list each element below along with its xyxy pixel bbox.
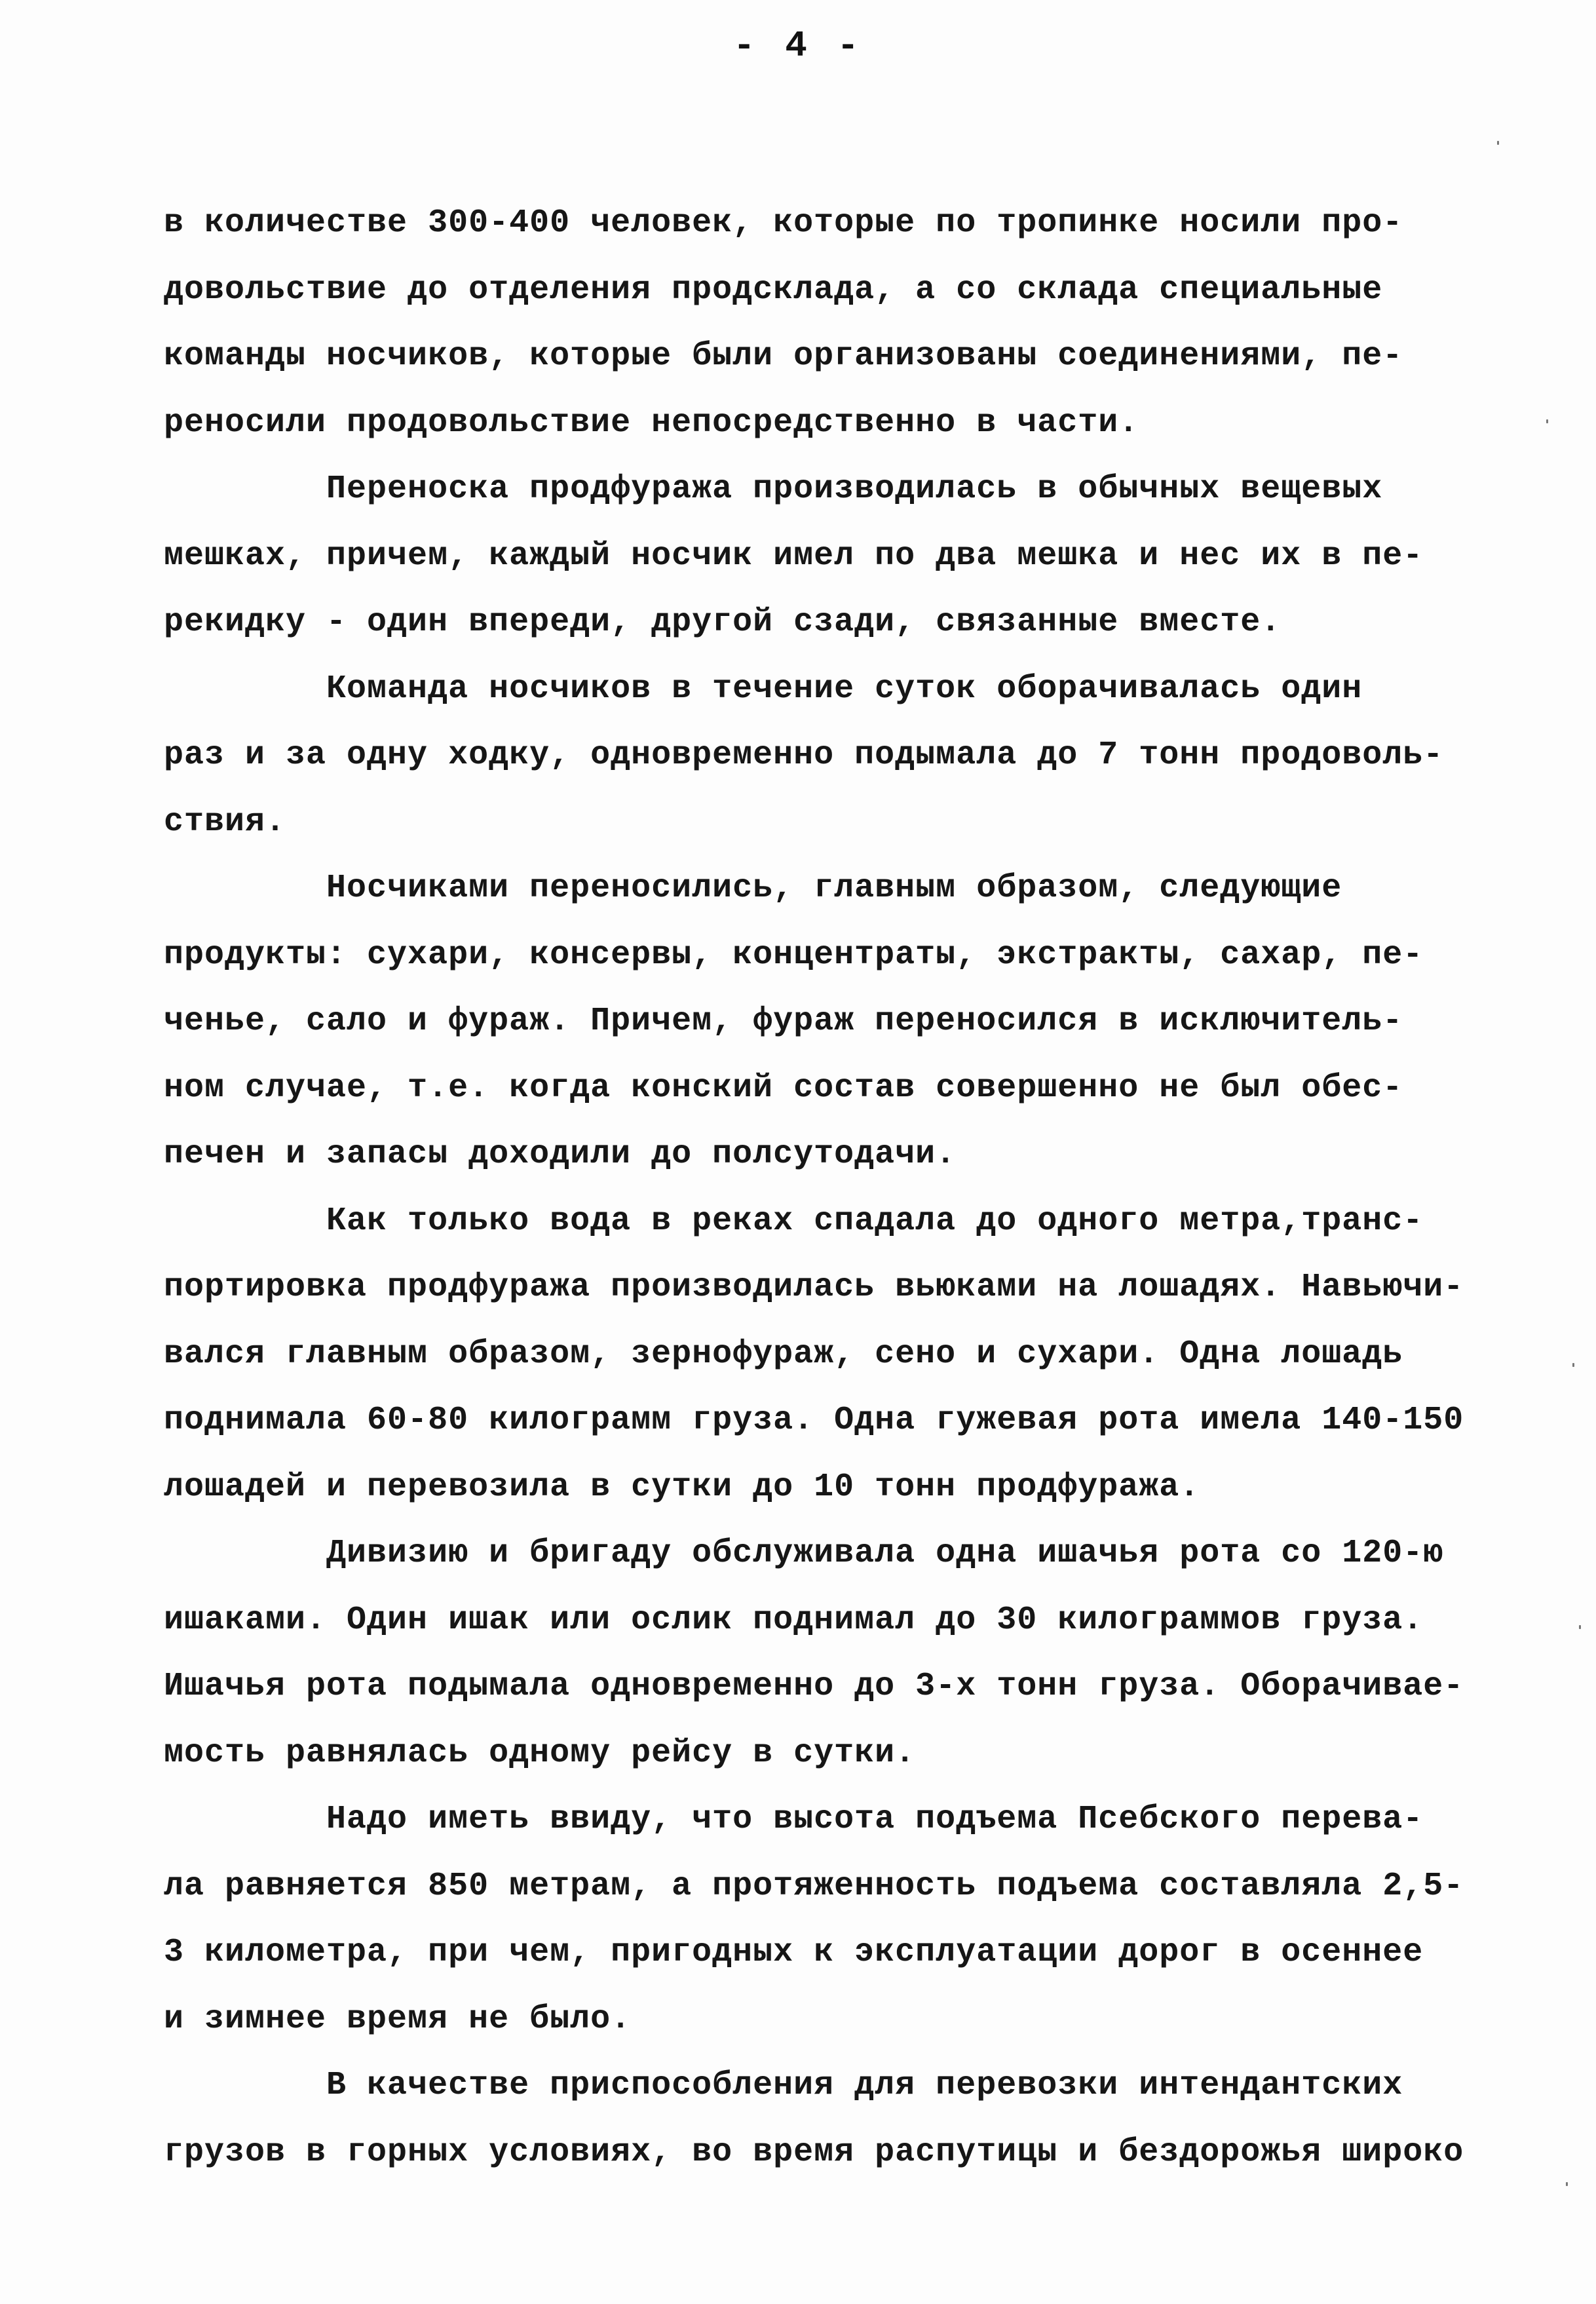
scan-speck [1579,1625,1581,1629]
text-line: мость равнялась одному рейсу в сутки. [164,1720,1474,1787]
text-line: Ишачья рота подымала одновременно до 3-х… [164,1653,1474,1720]
page-number: - 4 - [0,25,1596,67]
paragraph-start-line: Дивизию и бригаду обслуживала одна ишачь… [164,1520,1474,1587]
text-line: продукты: сухари, консервы, концентраты,… [164,922,1474,989]
text-line: портировка продфуража производилась вьюк… [164,1254,1474,1321]
text-line: реносили продовольствие непосредственно … [164,390,1474,457]
text-line: 3 километра, при чем, пригодных к эксплу… [164,1919,1474,1986]
paragraph-start-line: Носчиками переносились, главным образом,… [164,855,1474,922]
scan-speck [1566,2182,1568,2186]
text-line: грузов в горных условиях, во время распу… [164,2119,1474,2186]
text-line: в количестве 300-400 человек, которые по… [164,190,1474,257]
text-line: вался главным образом, зернофураж, сено … [164,1321,1474,1388]
text-line: и зимнее время не было. [164,1986,1474,2053]
scan-speck [1497,141,1499,145]
document-page: - 4 - в количестве 300-400 человек, кото… [0,0,1596,2304]
text-line: мешках, причем, каждый носчик имел по дв… [164,523,1474,590]
paragraph-start-line: В качестве приспособления для перевозки … [164,2052,1474,2119]
text-line: команды носчиков, которые были организов… [164,323,1474,390]
text-line: ла равняется 850 метрам, а протяженность… [164,1853,1474,1920]
typewritten-body: в количестве 300-400 человек, которые по… [164,190,1474,2185]
paragraph-start-line: Как только вода в реках спадала до одног… [164,1188,1474,1255]
paragraph-start-line: Переноска продфуража производилась в обы… [164,456,1474,523]
paragraph-start-line: Команда носчиков в течение суток оборачи… [164,656,1474,723]
text-line: ишаками. Один ишак или ослик поднимал до… [164,1587,1474,1654]
scan-speck [1572,1363,1574,1367]
text-line: довольствие до отделения продсклада, а с… [164,257,1474,324]
paragraph-start-line: Надо иметь ввиду, что высота подъема Псе… [164,1786,1474,1853]
text-line: рекидку - один впереди, другой сзади, св… [164,589,1474,656]
text-line: раз и за одну ходку, одновременно подыма… [164,722,1474,789]
text-line: ном случае, т.е. когда конский состав со… [164,1055,1474,1122]
scan-speck [1546,419,1548,423]
text-line: лошадей и перевозила в сутки до 10 тонн … [164,1454,1474,1521]
text-line: поднимала 60-80 килограмм груза. Одна гу… [164,1387,1474,1454]
text-line: печен и запасы доходили до полсутодачи. [164,1121,1474,1188]
text-line: ствия. [164,789,1474,856]
text-line: ченье, сало и фураж. Причем, фураж перен… [164,988,1474,1055]
